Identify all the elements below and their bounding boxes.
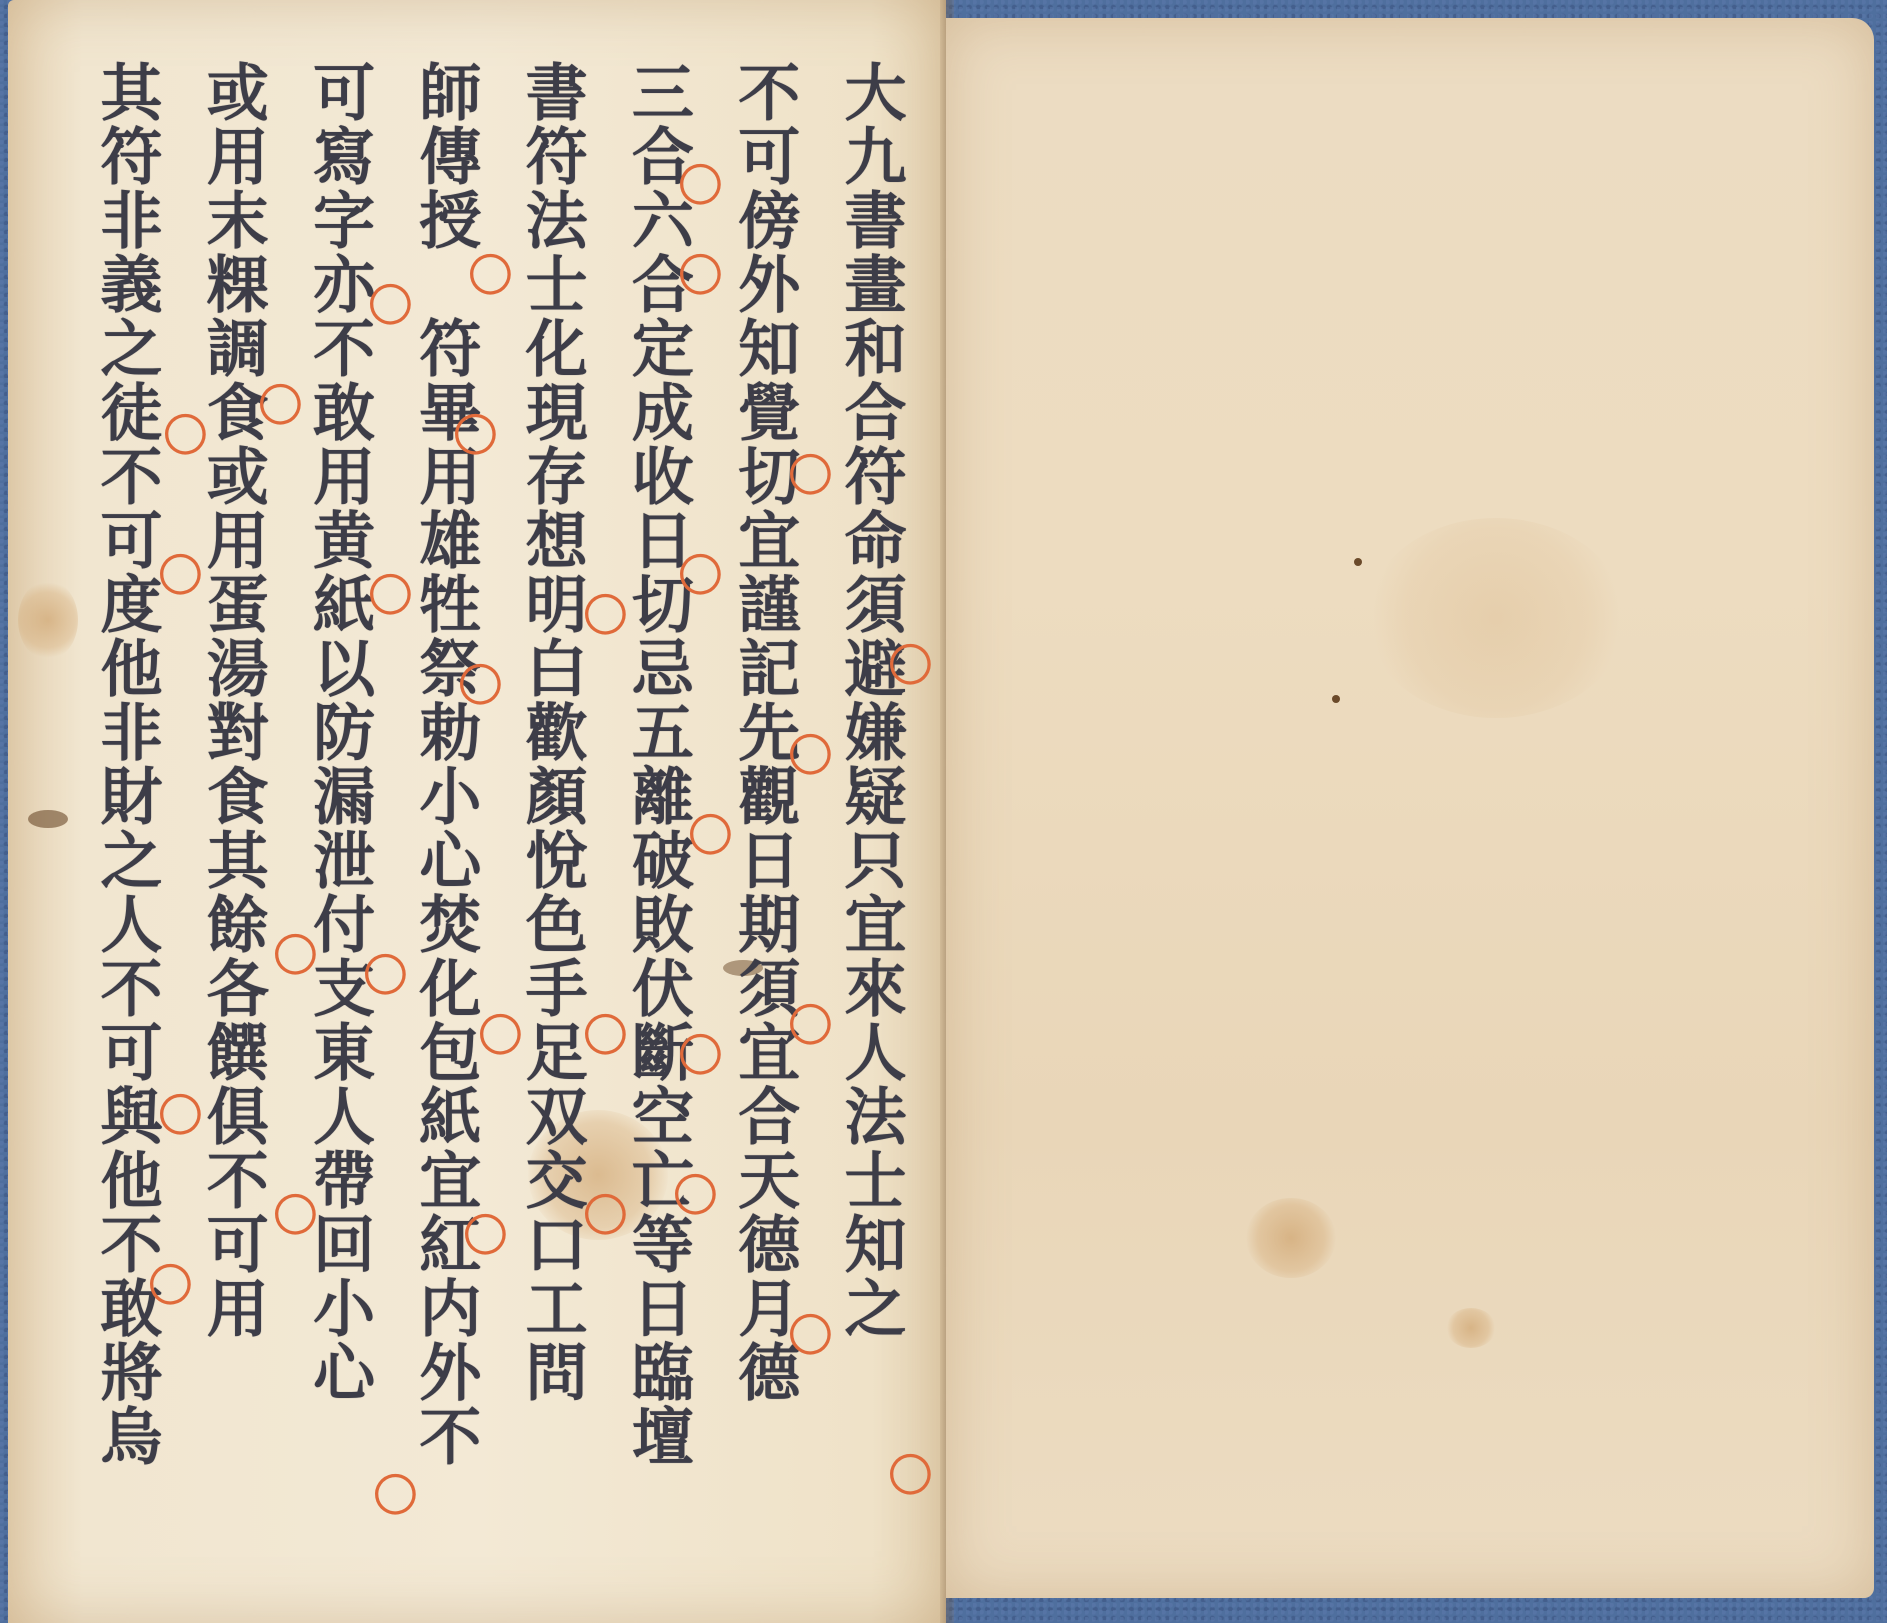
text-column-1: 大九書畫和合符命須避嫌疑只宜來人法士知之 — [822, 60, 918, 1580]
ink-speck — [1332, 695, 1340, 703]
right-page — [946, 18, 1874, 1598]
worm-hole — [28, 810, 68, 828]
column-text: 或用末粿調食或用蛋湯對食其餘各饌俱不可用 — [184, 60, 280, 1340]
water-stain — [1446, 1308, 1496, 1348]
ink-speck — [1354, 558, 1362, 566]
column-text: 大九書畫和合符命須避嫌疑只宜來人法士知之 — [822, 60, 918, 1340]
manuscript-spread: 大九書畫和合符命須避嫌疑只宜來人法士知之 不可傍外知覺切宜謹記先觀日期須宜合天德… — [0, 0, 1887, 1623]
discoloration — [1366, 518, 1626, 718]
left-page: 大九書畫和合符命須避嫌疑只宜來人法士知之 不可傍外知覺切宜謹記先觀日期須宜合天德… — [8, 0, 946, 1623]
text-column-7: 或用末粿調食或用蛋湯對食其餘各饌俱不可用 — [184, 60, 280, 1580]
text-column-4: 書符法士化現存想明白歡顏悅色手足双交口工問 — [503, 60, 599, 1580]
text-column-8: 其符非義之徒不可度他非財之人不可與他不敢將烏 — [78, 60, 174, 1580]
edge-stain — [18, 580, 78, 660]
water-stain — [1246, 1198, 1336, 1278]
